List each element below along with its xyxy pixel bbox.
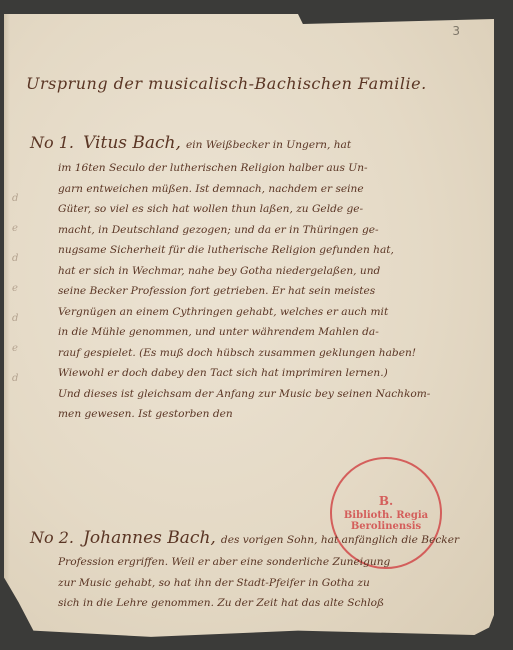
stamp-line: Biblioth. Regia — [344, 510, 428, 521]
entry-number: No 2. — [30, 528, 74, 547]
entry-heading: No 1. Vitus Bach, ein Weißbecker in Unge… — [30, 130, 484, 158]
manuscript-page: 3 Ursprung der musicalisch-Bachischen Fa… — [4, 14, 494, 640]
entry-heading: No 2. Johannes Bach, des vorigen Sohn, h… — [30, 526, 484, 552]
entry-line: nugsame Sicherheit für die lutherische R… — [58, 240, 484, 261]
entry-name: Vitus Bach, — [83, 133, 181, 153]
entry-line: sich in die Lehre genommen. Zu der Zeit … — [58, 593, 484, 614]
entry-line: Profession ergriffen. Weil er aber eine … — [58, 552, 484, 573]
entry-line: im 16ten Seculo der lutherischen Religio… — [58, 158, 484, 179]
entry-vitus-bach: No 1. Vitus Bach, ein Weißbecker in Unge… — [30, 130, 484, 425]
document-title: Ursprung der musicalisch-Bachischen Fami… — [26, 74, 427, 93]
entry-line: in die Mühle genommen, und unter während… — [58, 322, 484, 343]
entry-line: des vorigen Sohn, hat anfänglich die Bec… — [221, 534, 459, 546]
entry-line: Vergnügen an einem Cythringen gehabt, we… — [58, 302, 484, 323]
folio-number: 3 — [452, 24, 460, 38]
entry-line: rauf gespielet. (Es muß doch hübsch zusa… — [58, 343, 484, 364]
entry-line: Wiewohl er doch dabey den Tact sich hat … — [58, 363, 484, 384]
entry-line: hat er sich in Wechmar, nahe bey Gotha n… — [58, 261, 484, 282]
entry-line: garn entweichen müßen. Ist demnach, nach… — [58, 179, 484, 200]
stamp-line: B. — [379, 494, 393, 508]
entry-line: macht, in Deutschland gezogen; und da er… — [58, 220, 484, 241]
entry-number: No 1. — [30, 133, 74, 152]
entry-line: men gewesen. Ist gestorben den — [58, 404, 484, 425]
entry-johannes-bach: No 2. Johannes Bach, des vorigen Sohn, h… — [30, 526, 484, 614]
entry-line: ein Weißbecker in Ungern, hat — [186, 139, 351, 151]
entry-name: Johannes Bach, — [83, 528, 216, 548]
entry-line: seine Becker Profession fort getrieben. … — [58, 281, 484, 302]
entry-line: Und dieses ist gleichsam der Anfang zur … — [58, 384, 484, 405]
entry-line: Güter, so viel es sich hat wollen thun l… — [58, 199, 484, 220]
entry-line: zur Music gehabt, so hat ihn der Stadt-P… — [58, 573, 484, 594]
